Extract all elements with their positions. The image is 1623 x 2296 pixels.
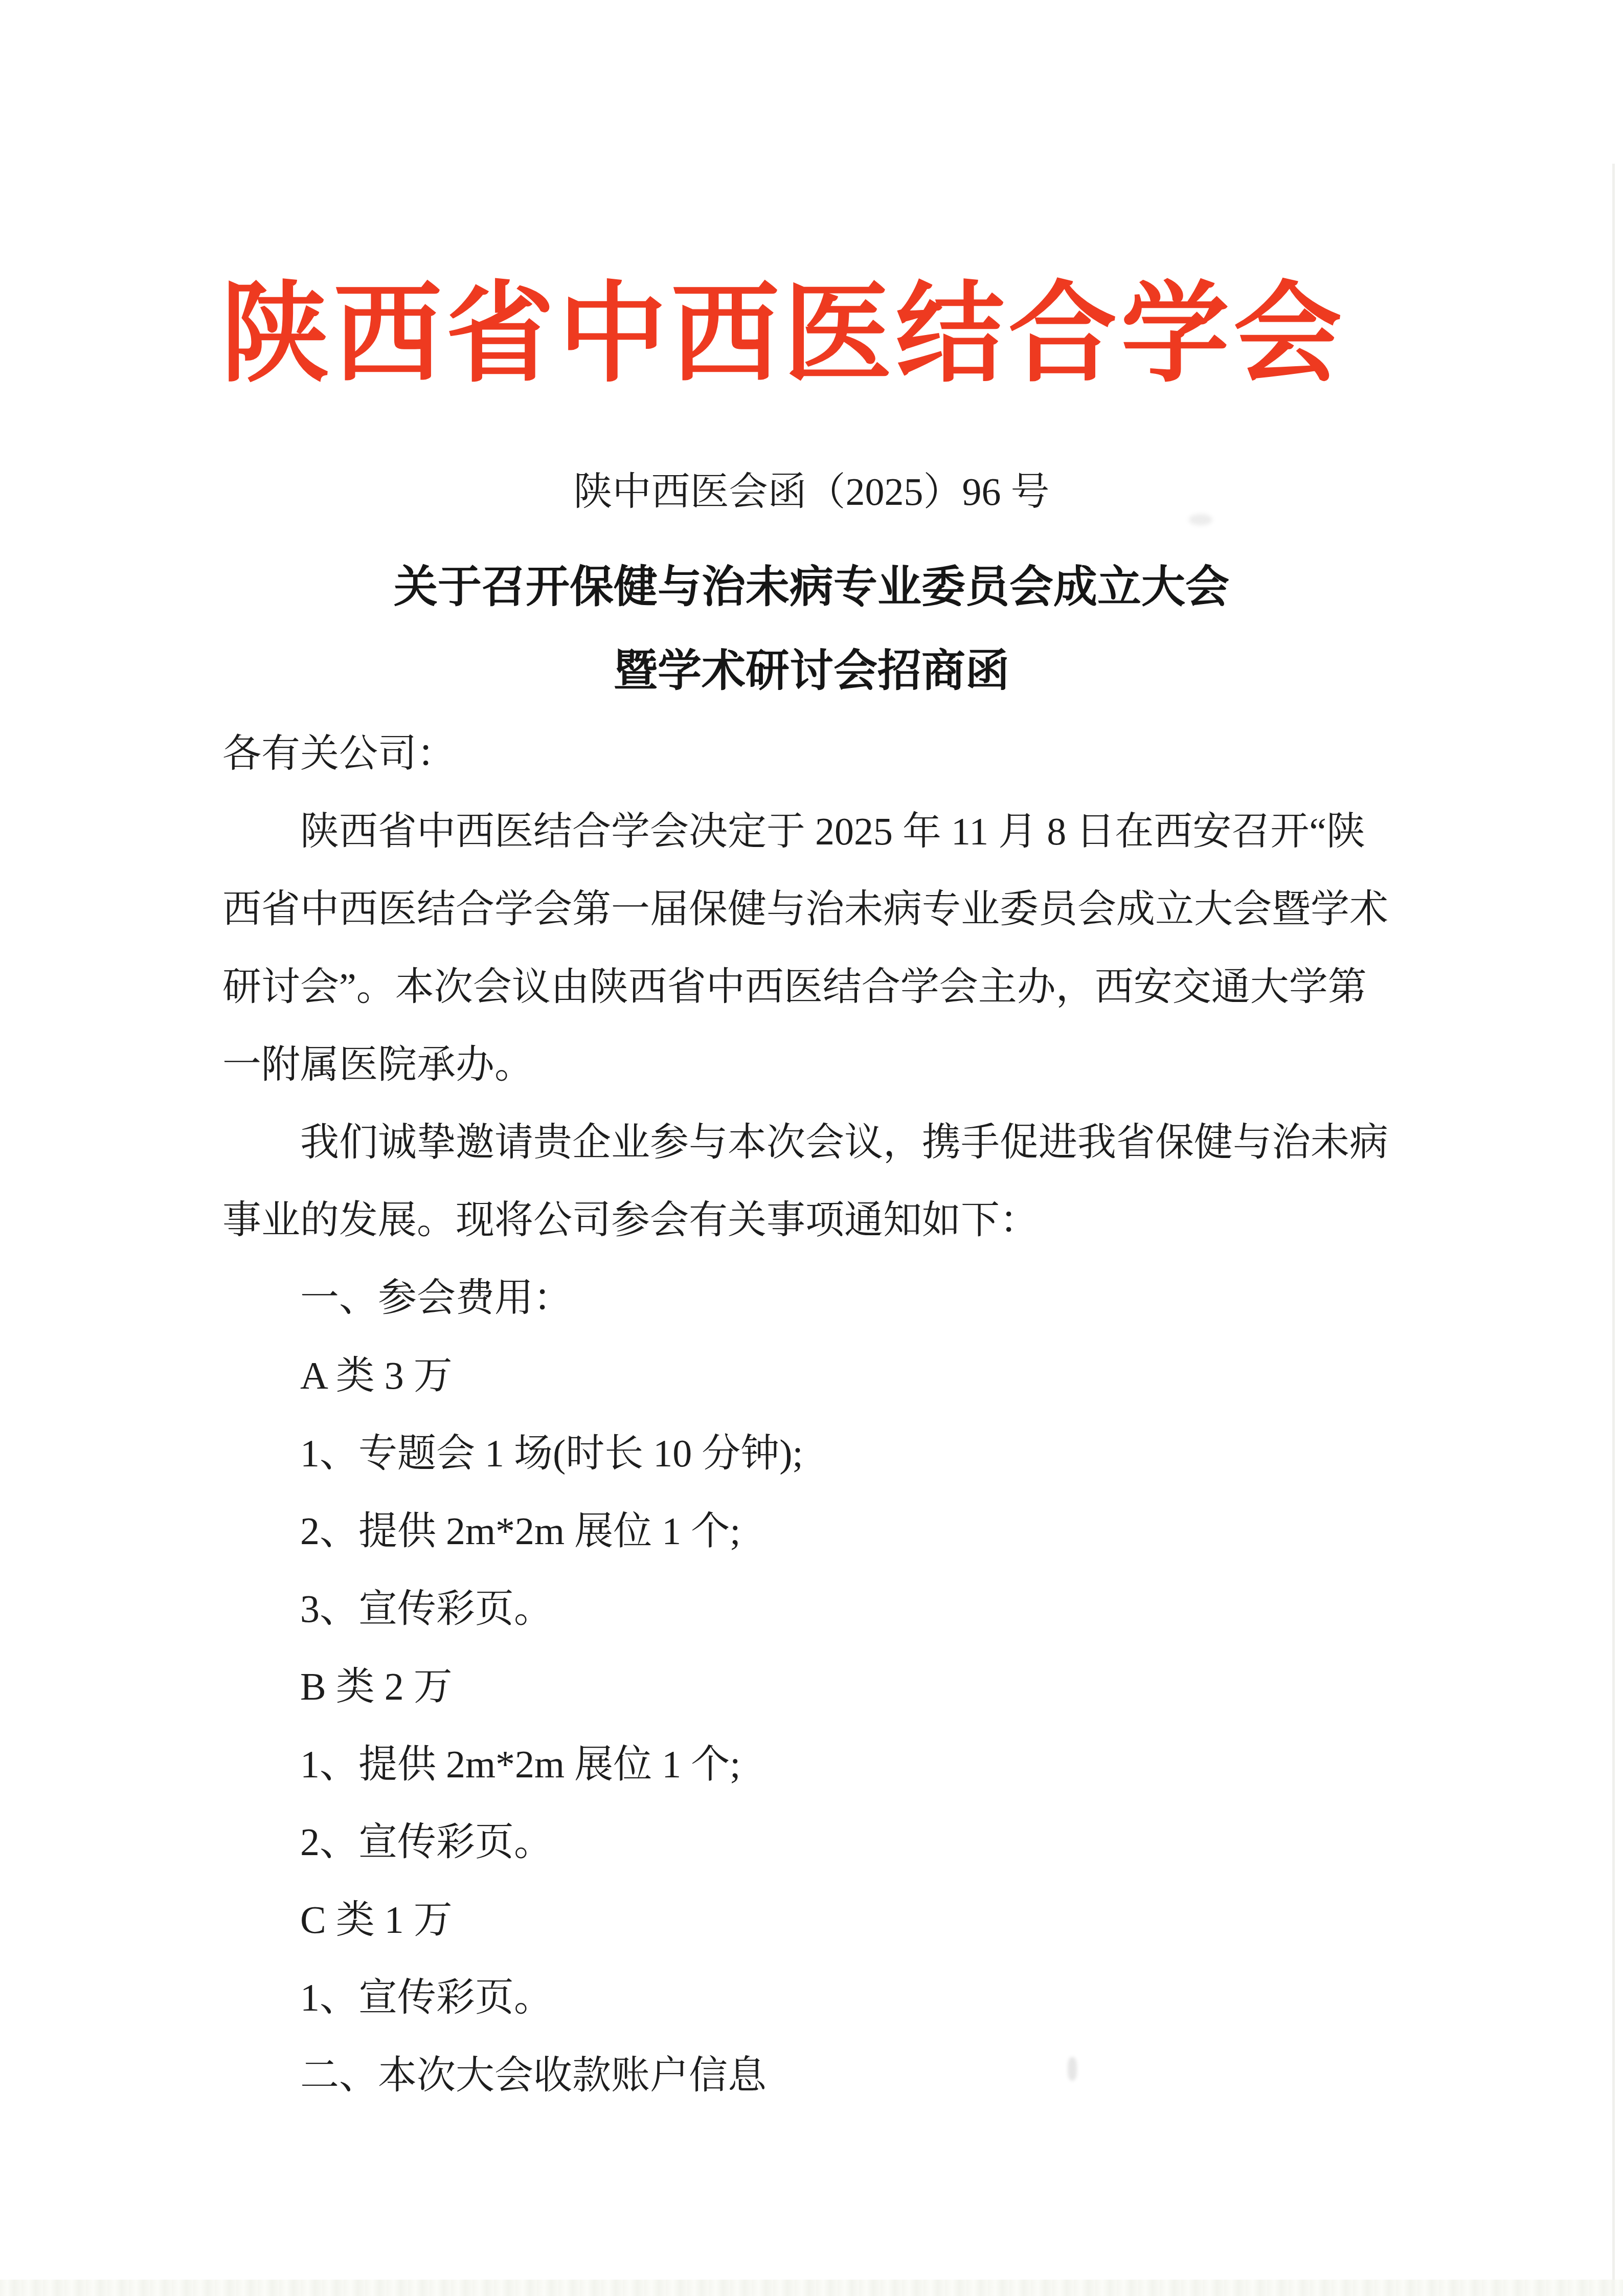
- salutation: 各有关公司：: [222, 715, 1429, 793]
- body-line: 我们诚挚邀请贵企业参与本次会议，携手促进我省保健与治未病: [222, 1104, 1429, 1182]
- body-line-class-c: C 类 1 万: [222, 1881, 1429, 1959]
- body-line: 3、宣传彩页。: [222, 1570, 1429, 1648]
- body-line: 1、宣传彩页。: [222, 1959, 1429, 2037]
- body-line: 2、宣传彩页。: [222, 1803, 1429, 1881]
- document-title-line1: 关于召开保健与治未病专业委员会成立大会: [0, 564, 1623, 611]
- scan-artifact-edge: [1612, 164, 1615, 2296]
- body-line-class-b: B 类 2 万: [222, 1648, 1429, 1726]
- body-line: 事业的发展。现将公司参会有关事项通知如下：: [222, 1182, 1429, 1259]
- scan-artifact-bottom-band: [0, 2280, 1623, 2296]
- document-body: 各有关公司： 陕西省中西医结合学会决定于 2025 年 11 月 8 日在西安召…: [222, 715, 1429, 2114]
- scan-artifact-smudge: [1068, 2057, 1077, 2081]
- body-line: 1、提供 2m*2m 展位 1 个;: [222, 1726, 1429, 1803]
- document-title-line2: 暨学术研讨会招商函: [0, 648, 1623, 695]
- page: 陕西省中西医结合学会 陕中西医会函（2025）96 号 关于召开保健与治未病专业…: [0, 0, 1623, 2296]
- body-line: 西省中西医结合学会第一届保健与治未病专业委员会成立大会暨学术: [222, 871, 1429, 948]
- body-line: 一附属医院承办。: [222, 1026, 1429, 1104]
- body-line-section-1: 一、参会费用：: [222, 1259, 1429, 1337]
- body-line-section-2: 二、本次大会收款账户信息: [222, 2037, 1429, 2114]
- body-line: 1、专题会 1 场(时长 10 分钟);: [222, 1415, 1429, 1492]
- body-line: 研讨会”。本次会议由陕西省中西医结合学会主办，西安交通大学第: [222, 948, 1429, 1026]
- scan-artifact-smudge: [1189, 514, 1212, 525]
- body-line: 陕西省中西医结合学会决定于 2025 年 11 月 8 日在西安召开“陕: [222, 793, 1429, 871]
- body-line: 2、提供 2m*2m 展位 1 个;: [222, 1492, 1429, 1570]
- letterhead-title: 陕西省中西医结合学会: [0, 280, 1595, 390]
- document-number: 陕中西医会函（2025）96 号: [0, 472, 1623, 512]
- body-line-class-a: A 类 3 万: [222, 1337, 1429, 1415]
